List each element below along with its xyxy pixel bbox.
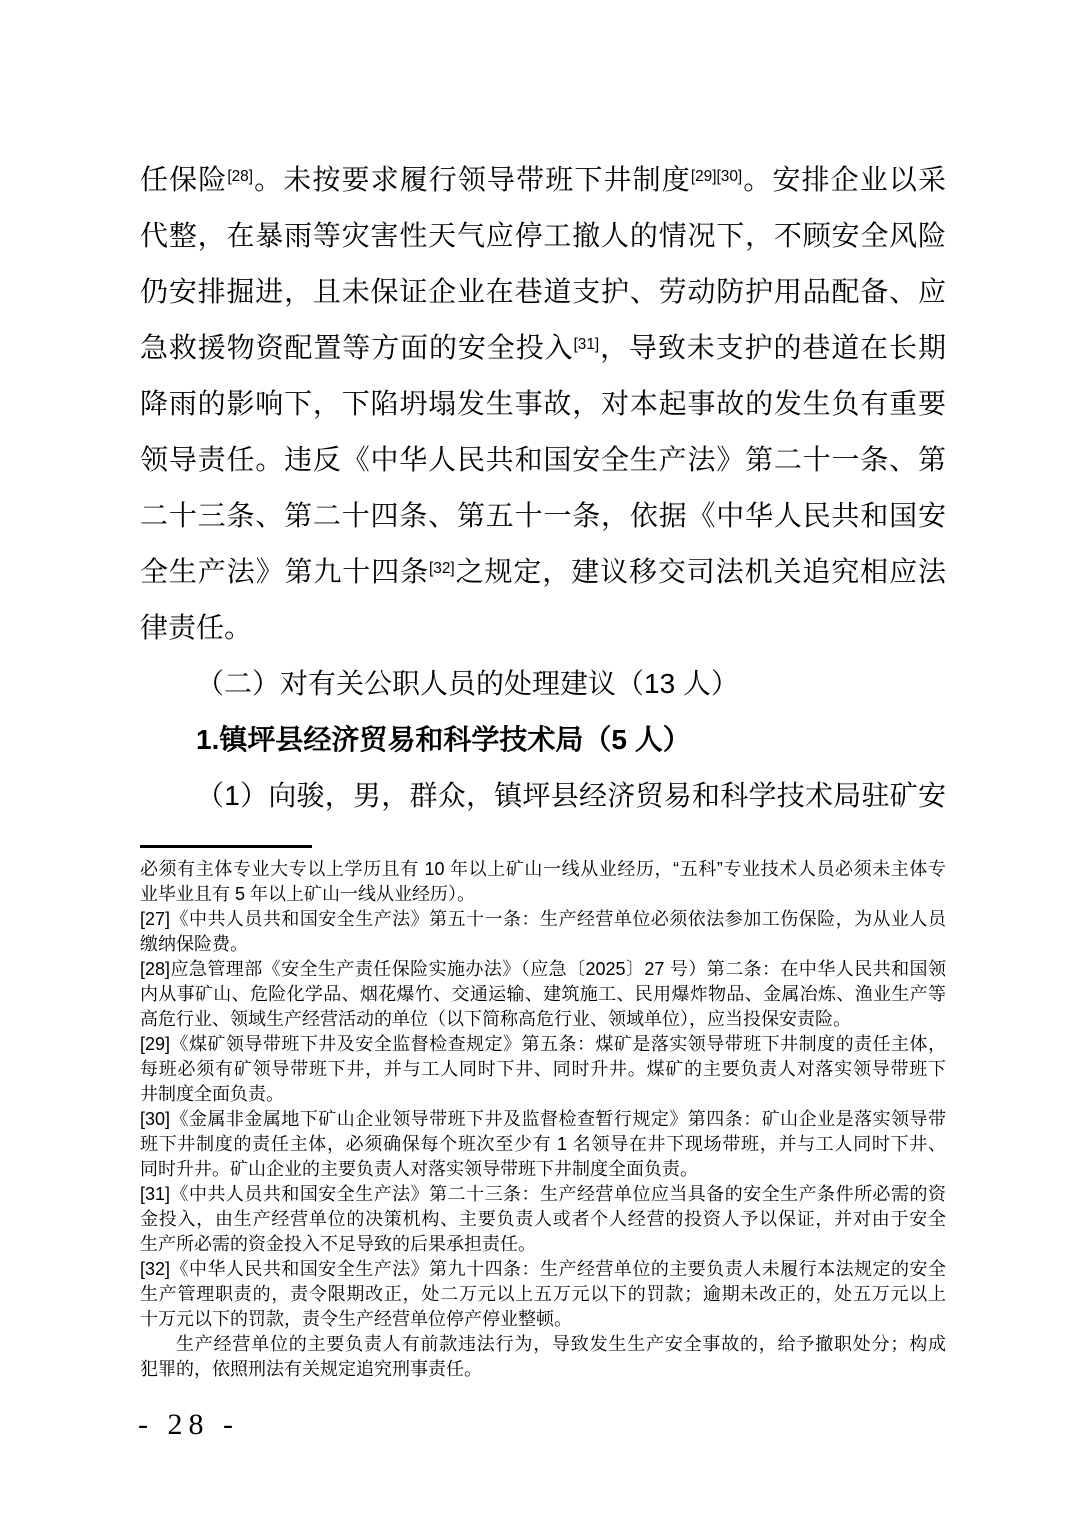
body-line: 二十三条、第二十四条、第五十一条，依据《中华人民共和国安 — [140, 488, 946, 544]
page-number: - 28 - — [138, 1408, 239, 1442]
footnote-line: 金投入，由生产经营单位的决策机构、主要负责人或者个人经营的投资人予以保证，并对由… — [140, 1207, 946, 1232]
document-page: 任保险[28]。未按要求履行领导带班下井制度[29][30]。安排企业以采代整，… — [0, 0, 1074, 1518]
footnote-line: 十万元以下的罚款，责令生产经营单位停产停业整顿。 — [140, 1307, 946, 1332]
footnote-line: 内从事矿山、危险化学品、烟花爆竹、交通运输、建筑施工、民用爆炸物品、金属冶炼、渔… — [140, 982, 946, 1007]
footnotes: 必须有主体专业大专以上学历且有 10 年以上矿山一线从业经历，“五科”专业技术人… — [140, 857, 946, 1382]
footnote-line: [32]《中华人民共和国安全生产法》第九十四条：生产经营单位的主要负责人未履行本… — [140, 1257, 946, 1282]
body-line: 仍安排掘进，且未保证企业在巷道支护、劳动防护用品配备、应 — [140, 264, 946, 320]
body-line: （1）向骏，男，群众，镇坪县经济贸易和科学技术局驻矿安 — [140, 768, 946, 824]
footnote-line: 缴纳保险费。 — [140, 932, 946, 957]
footnote-line: 必须有主体专业大专以上学历且有 10 年以上矿山一线从业经历，“五科”专业技术人… — [140, 857, 946, 882]
footnote-separator — [140, 845, 312, 848]
footnote-line: 班下井制度的责任主体，必须确保每个班次至少有 1 名领导在井下现场带班，并与工人… — [140, 1132, 946, 1157]
footnote-line: [27]《中共人员共和国安全生产法》第五十一条：生产经营单位必须依法参加工伤保险… — [140, 907, 946, 932]
body-line: 代整，在暴雨等灾害性天气应停工撤人的情况下，不顾安全风险 — [140, 208, 946, 264]
footnote-line: 生产管理职责的，责令限期改正，处二万元以上五万元以下的罚款；逾期未改正的，处五万… — [140, 1282, 946, 1307]
footnote-reference: [29] — [691, 168, 717, 185]
main-text: 任保险[28]。未按要求履行领导带班下井制度[29][30]。安排企业以采代整，… — [140, 152, 946, 824]
footnote-line: 同时升井。矿山企业的主要负责人对落实领导带班下井制度全面负责。 — [140, 1157, 946, 1182]
footnote-reference: [30] — [717, 168, 743, 185]
footnote-line: [31]《中共人员共和国安全生产法》第二十三条：生产经营单位应当具备的安全生产条… — [140, 1182, 946, 1207]
footnote-line: 犯罪的，依照刑法有关规定追究刑事责任。 — [140, 1357, 946, 1382]
body-line: 急救援物资配置等方面的安全投入[31]，导致未支护的巷道在长期 — [140, 320, 946, 376]
footnote-line: 业毕业且有 5 年以上矿山一线从业经历）。 — [140, 882, 946, 907]
footnote-line: [30]《金属非金属地下矿山企业领导带班下井及监督检查暂行规定》第四条：矿山企业… — [140, 1107, 946, 1132]
footnote-reference: [32] — [429, 560, 455, 577]
footnote-line: 生产经营单位的主要负责人有前款违法行为，导致发生生产安全事故的，给予撤职处分；构… — [140, 1332, 946, 1357]
footnote-line: 井制度全面负责。 — [140, 1082, 946, 1107]
footnote-line: 高危行业、领域生产经营活动的单位（以下简称高危行业、领域单位），应当投保安责险。 — [140, 1007, 946, 1032]
body-line: 降雨的影响下，下陷坍塌发生事故，对本起事故的发生负有重要 — [140, 376, 946, 432]
footnote-line: [29]《煤矿领导带班下井及安全监督检查规定》第五条：煤矿是落实领导带班下井制度… — [140, 1032, 946, 1057]
body-line: 1.镇坪县经济贸易和科学技术局（5 人） — [140, 712, 946, 768]
body-line: （二）对有关公职人员的处理建议（13 人） — [140, 656, 946, 712]
footnote-line: [28]应急管理部《安全生产责任保险实施办法》（应急〔2025〕27 号）第二条… — [140, 957, 946, 982]
footnote-line: 每班必须有矿领导带班下井，并与工人同时下井、同时升井。煤矿的主要负责人对落实领导… — [140, 1057, 946, 1082]
body-line: 律责任。 — [140, 600, 946, 656]
footnote-reference: [28] — [227, 168, 253, 185]
body-line: 领导责任。违反《中华人民共和国安全生产法》第二十一条、第 — [140, 432, 946, 488]
body-line: 全生产法》第九十四条[32]之规定，建议移交司法机关追究相应法 — [140, 544, 946, 600]
footnote-line: 生产所必需的资金投入不足导致的后果承担责任。 — [140, 1232, 946, 1257]
body-line: 任保险[28]。未按要求履行领导带班下井制度[29][30]。安排企业以采 — [140, 152, 946, 208]
footnote-reference: [31] — [574, 336, 600, 353]
